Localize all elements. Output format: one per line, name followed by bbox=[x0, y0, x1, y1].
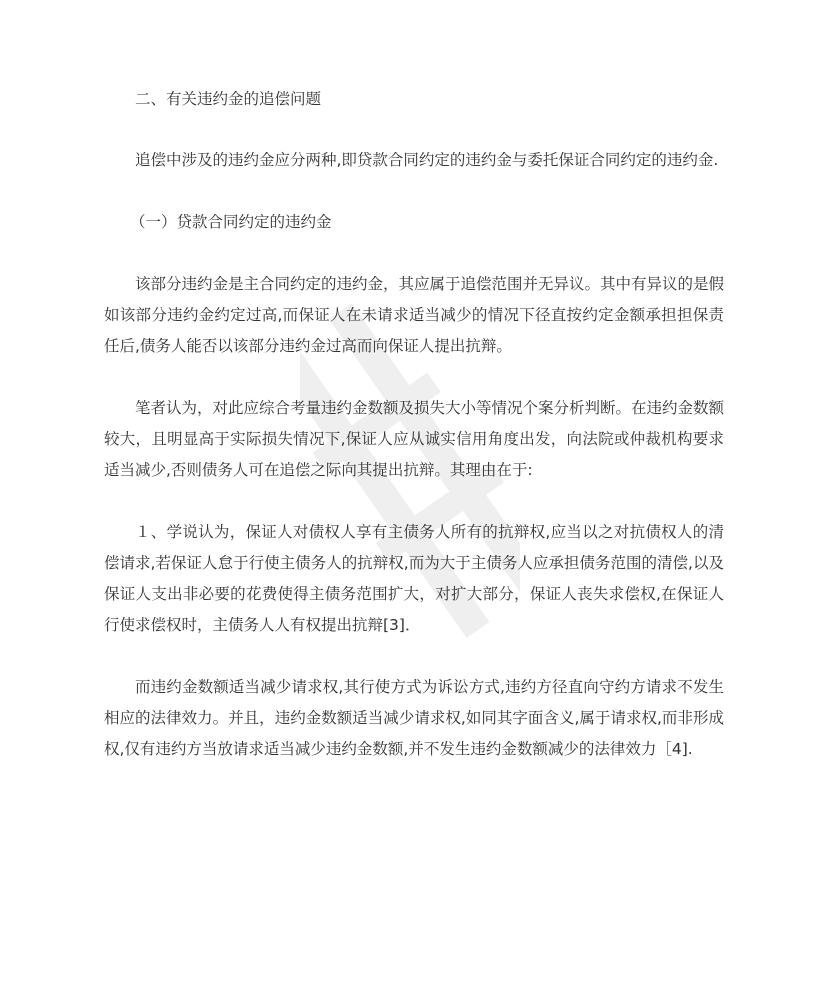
paragraph-1: 该部分违约金是主合同约定的违约金，其应属于追偿范围并无异议。其中有异议的是假如该… bbox=[104, 269, 724, 362]
paragraph-2: 笔者认为，对此应综合考量违约金数额及损失大小等情况个案分析判断。在违约金数额较大… bbox=[104, 393, 724, 486]
section-heading: 二、有关违约金的追偿问题 bbox=[104, 84, 724, 115]
document-page: 二、有关违约金的追偿问题 追偿中涉及的违约金应分两种,即贷款合同约定的违约金与委… bbox=[0, 0, 830, 986]
paragraph-intro: 追偿中涉及的违约金应分两种,即贷款合同约定的违约金与委托保证合同约定的违约金. bbox=[104, 145, 724, 176]
subheading-loan-contract-penalty: （一）贷款合同约定的违约金 bbox=[104, 207, 724, 238]
paragraph-4: 而违约金数额适当减少请求权,其行使方式为诉讼方式,违约方径直向守约方请求不发生相… bbox=[104, 672, 724, 765]
paragraph-3: １、学说认为，保证人对债权人享有主债务人所有的抗辩权,应当以之对抗债权人的清偿请… bbox=[104, 517, 724, 641]
document-body: 二、有关违约金的追偿问题 追偿中涉及的违约金应分两种,即贷款合同约定的违约金与委… bbox=[104, 84, 724, 765]
